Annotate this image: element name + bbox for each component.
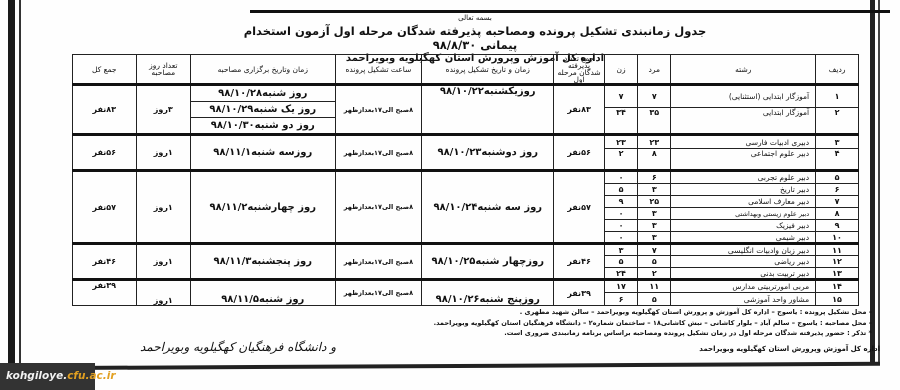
row-number: ۷ bbox=[816, 196, 859, 208]
signature-org: اداره کل آموزش وپرورش استان کهگیلویه وبو… bbox=[440, 345, 880, 353]
header-interview-date: زمان وتاریخ برگزاری مصاحبه bbox=[190, 55, 335, 85]
header-interview-days: تعداد روز مصاحبه bbox=[136, 55, 190, 85]
interview-date: روز شنبه۹۸/۱۱/۵ bbox=[190, 280, 335, 306]
interview-date: روزسه شنبه۹۸/۱۱/۱ bbox=[190, 135, 335, 171]
male-count: ۸ bbox=[638, 149, 671, 171]
note-reminder: * تذکر : حضور پذیرفته شدگان مرحله اول در… bbox=[180, 328, 872, 339]
field-name: دبیر شیمی bbox=[671, 232, 816, 244]
female-count: ۹ bbox=[604, 196, 637, 208]
row-number: ۱۱ bbox=[816, 244, 859, 256]
group-total: ۴۶نفر bbox=[554, 244, 605, 280]
interview-dates-cell: روز شنبه۹۸/۱۰/۲۸ روز یک شنبه۹۸/۱۰/۲۹ روز… bbox=[190, 85, 335, 135]
bismillah: بسمه تعالی bbox=[240, 14, 710, 22]
field-name: دبیر علوم تجربی bbox=[671, 171, 816, 184]
female-count: ۰ bbox=[604, 208, 637, 220]
grand-total: ۴۶نفر bbox=[73, 244, 137, 280]
table-header-row: ردیف رشته مرد زن جمع تعداد پذیرفته شدگان… bbox=[73, 55, 859, 85]
male-count: ۶ bbox=[638, 171, 671, 184]
field-name: دبیر زبان وادبیات انگلیسی bbox=[671, 244, 816, 256]
field-name: آموزگار ابتدایی bbox=[671, 108, 816, 135]
grand-total: ۵۶نفر bbox=[73, 135, 137, 171]
group-total: ۵۶نفر bbox=[554, 135, 605, 171]
interview-days: ۱روز bbox=[136, 244, 190, 280]
female-count: ۱۷ bbox=[604, 280, 637, 293]
file-hours: ۸صبح الی۱۷بعدازظهر bbox=[335, 280, 422, 306]
table-row: ۱۴ مربی امورتربیتی مدارس ۱۱ ۱۷ ۳۹نفر روز… bbox=[73, 280, 859, 293]
female-count: ۵ bbox=[604, 256, 637, 268]
header-male: مرد bbox=[638, 55, 671, 85]
row-number: ۸ bbox=[816, 208, 859, 220]
interview-date: روز شنبه۹۸/۱۰/۲۸ bbox=[191, 86, 335, 102]
female-count: ۳ bbox=[604, 244, 637, 256]
interview-days: ۳روز bbox=[136, 85, 190, 135]
group-total: ۳۹نفر bbox=[554, 280, 605, 306]
field-name: آموزگار ابتدایی (استثنایی) bbox=[671, 85, 816, 108]
file-date: روز دوشنبه۹۸/۱۰/۲۳ bbox=[422, 135, 554, 171]
grand-total: ۳۹نفر bbox=[73, 280, 137, 306]
grand-total: ۸۳نفر bbox=[73, 85, 137, 135]
female-count: ۰ bbox=[604, 220, 637, 232]
watermark-domain-part2: cfu.ac.ir bbox=[67, 370, 115, 382]
table-row: ۵ دبیر علوم تجربی ۶ ۰ ۵۷نفر روز سه شنبه۹… bbox=[73, 171, 859, 184]
male-count: ۷ bbox=[638, 244, 671, 256]
row-number: ۱۴ bbox=[816, 280, 859, 293]
female-count: ۲۴ bbox=[604, 268, 637, 280]
row-number: ۹ bbox=[816, 220, 859, 232]
interview-date: روز چهارشنبه۹۸/۱۱/۲ bbox=[190, 171, 335, 244]
grand-total: ۵۷نفر bbox=[73, 171, 137, 244]
header-row-number: ردیف bbox=[816, 55, 859, 85]
field-name: دبیر معارف اسلامی bbox=[671, 196, 816, 208]
male-count: ۳ bbox=[638, 184, 671, 196]
male-count: ۳ bbox=[638, 220, 671, 232]
field-name: دبیر تاریخ bbox=[671, 184, 816, 196]
file-date: روز سه شنبه۹۸/۱۰/۲۴ bbox=[422, 171, 554, 244]
male-count: ۵ bbox=[638, 293, 671, 306]
schedule-table: ردیف رشته مرد زن جمع تعداد پذیرفته شدگان… bbox=[72, 54, 859, 306]
top-rule bbox=[250, 10, 890, 13]
interview-days: ۱روز bbox=[136, 135, 190, 171]
field-name: مربی امورتربیتی مدارس bbox=[671, 280, 816, 293]
page-border-left bbox=[8, 0, 15, 370]
file-hours: ۸صبح الی۱۷بعدازظهر bbox=[335, 85, 422, 135]
interview-date: روز یک شنبه۹۸/۱۰/۲۹ bbox=[191, 102, 335, 118]
page-border-bottom bbox=[20, 362, 880, 371]
group-total: ۸۳نفر bbox=[554, 85, 605, 135]
page-border-right-inner bbox=[878, 0, 880, 365]
row-number: ۱۳ bbox=[816, 268, 859, 280]
field-name: دبیر ریاضی bbox=[671, 256, 816, 268]
document-title: جدول زمانبندی تشکیل پرونده ومصاحبه پذیرف… bbox=[240, 24, 710, 52]
male-count: ۲ bbox=[638, 268, 671, 280]
male-count: ۵ bbox=[638, 256, 671, 268]
interview-date: روز پنجشنبه۹۸/۱۱/۳ bbox=[190, 244, 335, 280]
table-row: ۳ دبیری ادبیات فارسی ۲۳ ۲۳ ۵۶نفر روز دوش… bbox=[73, 135, 859, 149]
male-count: ۲۵ bbox=[638, 196, 671, 208]
field-name: دبیر تربیت بدنی bbox=[671, 268, 816, 280]
field-name: دبیر علوم زیستی وبهداشتی bbox=[671, 208, 816, 220]
field-name: مشاور واحد آموزشی bbox=[671, 293, 816, 306]
male-count: ۳ bbox=[638, 208, 671, 220]
note-interview-location: – محل مصاحبه : یاسوج – سالم آباد – بلوار… bbox=[180, 318, 872, 329]
male-count: ۱۱ bbox=[638, 280, 671, 293]
header-female: زن bbox=[604, 55, 637, 85]
note-file-location: – محل تشکیل پرونده : یاسوج – اداره کل آم… bbox=[180, 307, 872, 318]
female-count: ۰ bbox=[604, 171, 637, 184]
female-count: ۳۴ bbox=[604, 108, 637, 135]
row-number: ۱۰ bbox=[816, 232, 859, 244]
watermark-domain-part1: kohgiloye. bbox=[6, 370, 67, 382]
row-number: ۲ bbox=[816, 108, 859, 135]
female-count: ۷ bbox=[604, 85, 637, 108]
male-count: ۳۵ bbox=[638, 108, 671, 135]
male-count: ۷ bbox=[638, 85, 671, 108]
table-row: ۱۱ دبیر زبان وادبیات انگلیسی ۷ ۳ ۴۶نفر ر… bbox=[73, 244, 859, 256]
header-field: رشته bbox=[671, 55, 816, 85]
row-number: ۳ bbox=[816, 135, 859, 149]
female-count: ۵ bbox=[604, 184, 637, 196]
row-number: ۱۲ bbox=[816, 256, 859, 268]
row-number: ۵ bbox=[816, 171, 859, 184]
female-count: ۶ bbox=[604, 293, 637, 306]
file-date: روزیکشنبه۹۸/۱۰/۲۲ bbox=[422, 85, 554, 135]
row-number: ۱ bbox=[816, 85, 859, 108]
interview-days: ۱روز bbox=[136, 171, 190, 244]
field-name: دبیر فیزیک bbox=[671, 220, 816, 232]
female-count: ۲۳ bbox=[604, 135, 637, 149]
row-number: ۴ bbox=[816, 149, 859, 171]
header-total-admitted: جمع تعداد پذیرفته شدگان مرحله اول bbox=[554, 55, 605, 85]
field-name: دبیر علوم اجتماعی bbox=[671, 149, 816, 171]
file-hours: ۸صبح الی۱۷بعدازظهر bbox=[335, 244, 422, 280]
row-number: ۱۵ bbox=[816, 293, 859, 306]
file-hours: ۸صبح الی۱۷بعدازظهر bbox=[335, 171, 422, 244]
male-count: ۲۳ bbox=[638, 135, 671, 149]
table-row: ۱ آموزگار ابتدایی (استثنایی) ۷ ۷ ۸۳نفر ر… bbox=[73, 85, 859, 108]
file-date: روزچهار شنبه۹۸/۱۰/۲۵ bbox=[422, 244, 554, 280]
notes-section: – محل تشکیل پرونده : یاسوج – اداره کل آم… bbox=[180, 307, 872, 339]
site-watermark: kohgiloye.cfu.ac.ir bbox=[0, 363, 95, 390]
interview-date: روز دو شنبه۹۸/۱۰/۳۰ bbox=[191, 118, 335, 133]
female-count: ۲ bbox=[604, 149, 637, 171]
header-file-date: زمان و تاریخ تشکیل پرونده bbox=[422, 55, 554, 85]
row-number: ۶ bbox=[816, 184, 859, 196]
interview-days: ۱روز bbox=[136, 280, 190, 306]
file-hours: ۸صبح الی۱۷بعدازظهر bbox=[335, 135, 422, 171]
group-total: ۵۷نفر bbox=[554, 171, 605, 244]
page-border-left-inner bbox=[19, 0, 21, 370]
header-file-hours: ساعت تشکیل پرونده bbox=[335, 55, 422, 85]
female-count: ۰ bbox=[604, 232, 637, 244]
file-date: روزپنج شنبه۹۸/۱۰/۲۶ bbox=[422, 280, 554, 306]
handwritten-signature: و دانشگاه فرهنگیان کهگیلویه وبویراحمد bbox=[140, 340, 336, 354]
header-grand-total: جمع کل bbox=[73, 55, 137, 85]
male-count: ۳ bbox=[638, 232, 671, 244]
field-name: دبیری ادبیات فارسی bbox=[671, 135, 816, 149]
